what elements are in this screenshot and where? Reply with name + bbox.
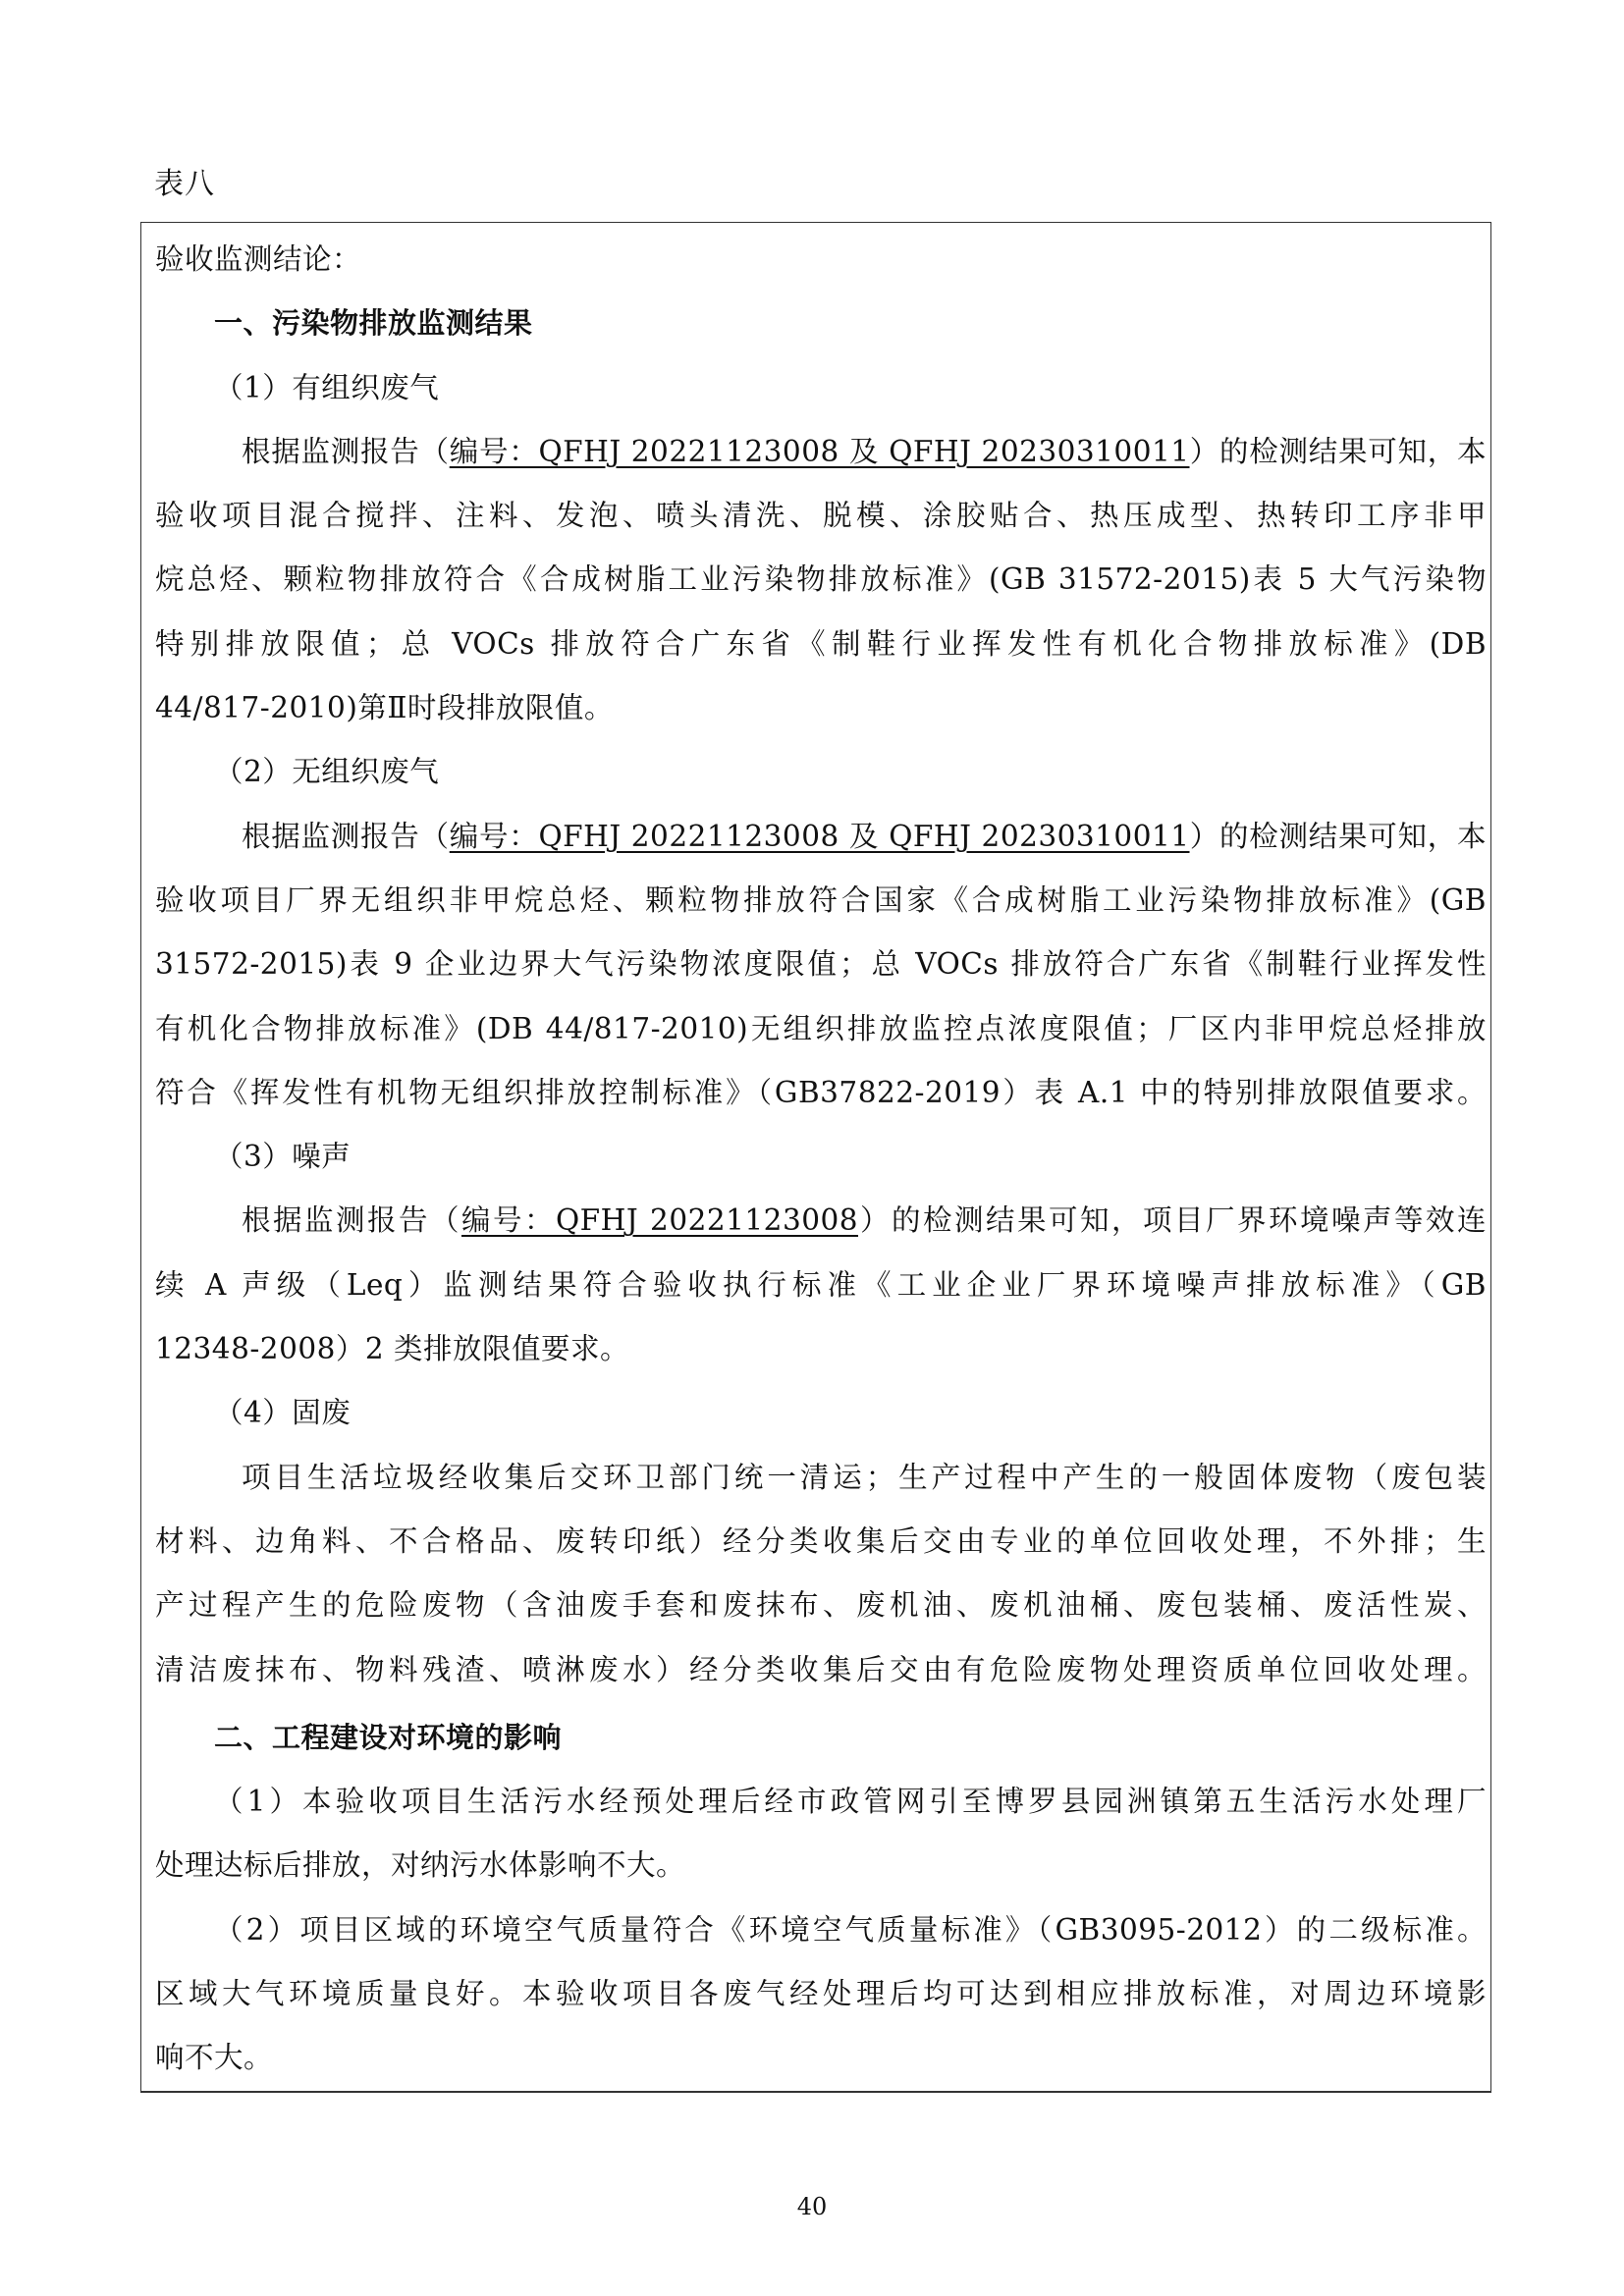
table-label: 表八	[154, 165, 215, 204]
report-numbers: 编号：QFHJ 20221123008 及 QFHJ 20230310011	[450, 820, 1190, 853]
organized-gas-report-line: 根据监测报告（编号：QFHJ 20221123008 及 QFHJ 202303…	[155, 420, 1487, 484]
paragraph-line: 特别排放限值；总 VOCs 排放符合广东省《制鞋行业挥发性有机化合物排放标准》(…	[155, 613, 1487, 676]
report-numbers: 编号：QFHJ 20221123008	[461, 1203, 858, 1237]
paragraph-line: 清洁废抹布、物料残渣、喷淋废水）经分类收集后交由有危险废物处理资质单位回收处理。	[155, 1638, 1487, 1702]
conclusion-label: 验收监测结论：	[155, 228, 1487, 292]
paragraph-line: 区域大气环境质量良好。本验收项目各废气经处理后均可达到相应排放标准，对周边环境影	[155, 1962, 1487, 2026]
paragraph-line: 续 A 声级（Leq）监测结果符合验收执行标准《工业企业厂界环境噪声排放标准》（…	[155, 1254, 1487, 1317]
paragraph-line: 12348-2008）2 类排放限值要求。	[155, 1317, 1487, 1381]
paragraph-line: 材料、边角料、不合格品、废转印纸）经分类收集后交由专业的单位回收处理，不外排；生	[155, 1510, 1487, 1574]
report-suffix: ）的检测结果可知，本	[1190, 435, 1487, 468]
paragraph-line: 31572-2015)表 9 企业边界大气污染物浓度限值；总 VOCs 排放符合…	[155, 933, 1487, 996]
conclusion-content: 验收监测结论： 一、污染物排放监测结果 （1）有组织废气 根据监测报告（编号：Q…	[155, 228, 1487, 2091]
section-2-title: 二、工程建设对环境的影响	[155, 1706, 1487, 1770]
paragraph-line: 处理达标后排放，对纳污水体影响不大。	[155, 1834, 1487, 1897]
noise-report-line: 根据监测报告（编号：QFHJ 20221123008）的检测结果可知，项目厂界环…	[155, 1189, 1487, 1253]
report-prefix: 根据监测报告（	[242, 820, 450, 853]
noise-subtitle: （3）噪声	[155, 1125, 1487, 1189]
paragraph-line: 44/817-2010)第Ⅱ时段排放限值。	[155, 676, 1487, 740]
paragraph-line: 验收项目厂界无组织非甲烷总烃、颗粒物排放符合国家《合成树脂工业污染物排放标准》(…	[155, 869, 1487, 933]
paragraph-line: 响不大。	[155, 2026, 1487, 2090]
paragraph-line: 产过程产生的危险废物（含油废手套和废抹布、废机油、废机油桶、废包装桶、废活性炭、	[155, 1574, 1487, 1637]
report-numbers: 编号：QFHJ 20221123008 及 QFHJ 20230310011	[450, 435, 1190, 468]
solid-waste-subtitle: （4）固废	[155, 1381, 1487, 1445]
page-number: 40	[0, 2193, 1624, 2220]
organized-gas-subtitle: （1）有组织废气	[155, 356, 1487, 420]
section-1-title: 一、污染物排放监测结果	[155, 292, 1487, 355]
report-prefix: 根据监测报告（	[242, 435, 450, 468]
paragraph-line: 烷总烃、颗粒物排放符合《合成树脂工业污染物排放标准》(GB 31572-2015…	[155, 548, 1487, 612]
paragraph-line: 有机化合物排放标准》(DB 44/817-2010)无组织排放监控点浓度限值；厂…	[155, 997, 1487, 1061]
report-suffix: ）的检测结果可知，本	[1190, 820, 1487, 853]
unorganized-gas-subtitle: （2）无组织废气	[155, 740, 1487, 804]
unorganized-gas-report-line: 根据监测报告（编号：QFHJ 20221123008 及 QFHJ 202303…	[155, 805, 1487, 869]
paragraph-line: （2）项目区域的环境空气质量符合《环境空气质量标准》（GB3095-2012）的…	[155, 1898, 1487, 1962]
paragraph-line: （1）本验收项目生活污水经预处理后经市政管网引至博罗县园洲镇第五生活污水处理厂	[155, 1770, 1487, 1834]
paragraph-line: 符合《挥发性有机物无组织排放控制标准》（GB37822-2019）表 A.1 中…	[155, 1061, 1487, 1125]
paragraph-line: 项目生活垃圾经收集后交环卫部门统一清运；生产过程中产生的一般固体废物（废包装	[155, 1446, 1487, 1510]
paragraph-line: 验收项目混合搅拌、注料、发泡、喷头清洗、脱模、涂胶贴合、热压成型、热转印工序非甲	[155, 484, 1487, 548]
report-suffix: ）的检测结果可知，项目厂界环境噪声等效连	[858, 1203, 1487, 1237]
report-prefix: 根据监测报告（	[242, 1203, 461, 1237]
